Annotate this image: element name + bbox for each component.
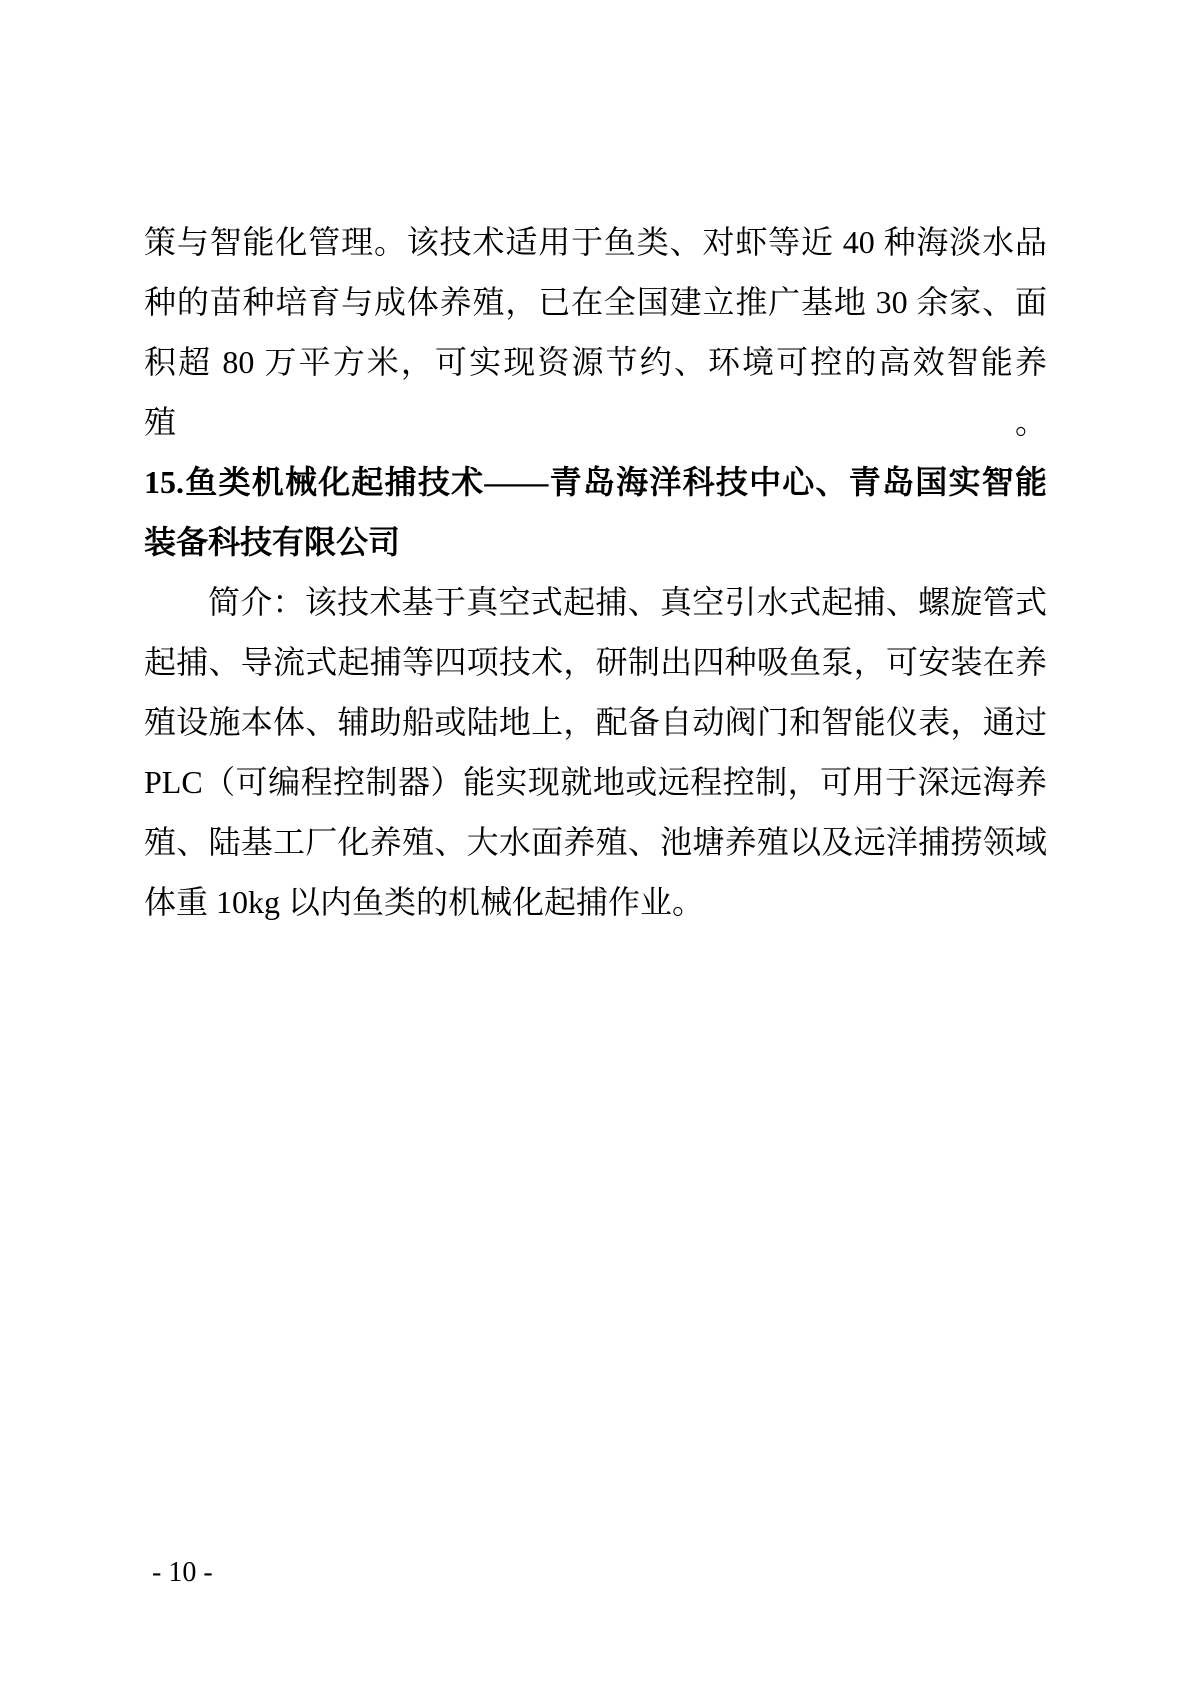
- body-text-line: PLC（可编程控制器）能实现就地或远程控制，可用于深远海养: [144, 752, 1047, 812]
- document-body: 策与智能化管理。该技术适用于鱼类、对虾等近 40 种海淡水品 种的苗种培育与成体…: [144, 212, 1047, 932]
- document-page: 策与智能化管理。该技术适用于鱼类、对虾等近 40 种海淡水品 种的苗种培育与成体…: [0, 0, 1190, 1683]
- body-text-line: 种的苗种培育与成体养殖，已在全国建立推广基地 30 余家、面: [144, 272, 1047, 332]
- body-text-line: 策与智能化管理。该技术适用于鱼类、对虾等近 40 种海淡水品: [144, 212, 1047, 272]
- page-number: - 10 -: [152, 1556, 213, 1590]
- section-heading-line: 装备科技有限公司: [144, 512, 1047, 572]
- section-heading-15: 15.鱼类机械化起捕技术——青岛海洋科技中心、青岛国实智能 装备科技有限公司: [144, 452, 1047, 572]
- body-text-line: 简介：该技术基于真空式起捕、真空引水式起捕、螺旋管式: [144, 572, 1047, 632]
- body-text-line: 殖设施本体、辅助船或陆地上，配备自动阀门和智能仪表，通过: [144, 692, 1047, 752]
- paragraph-intro: 简介：该技术基于真空式起捕、真空引水式起捕、螺旋管式 起捕、导流式起捕等四项技术…: [144, 572, 1047, 932]
- paragraph-continuation: 策与智能化管理。该技术适用于鱼类、对虾等近 40 种海淡水品 种的苗种培育与成体…: [144, 212, 1047, 452]
- body-text-line: 积超 80 万平方米，可实现资源节约、环境可控的高效智能养殖。: [144, 332, 1047, 452]
- body-text-line: 体重 10kg 以内鱼类的机械化起捕作业。: [144, 872, 1047, 932]
- body-text-line: 起捕、导流式起捕等四项技术，研制出四种吸鱼泵，可安装在养: [144, 632, 1047, 692]
- section-heading-line: 15.鱼类机械化起捕技术——青岛海洋科技中心、青岛国实智能: [144, 452, 1047, 512]
- body-text-line: 殖、陆基工厂化养殖、大水面养殖、池塘养殖以及远洋捕捞领域: [144, 812, 1047, 872]
